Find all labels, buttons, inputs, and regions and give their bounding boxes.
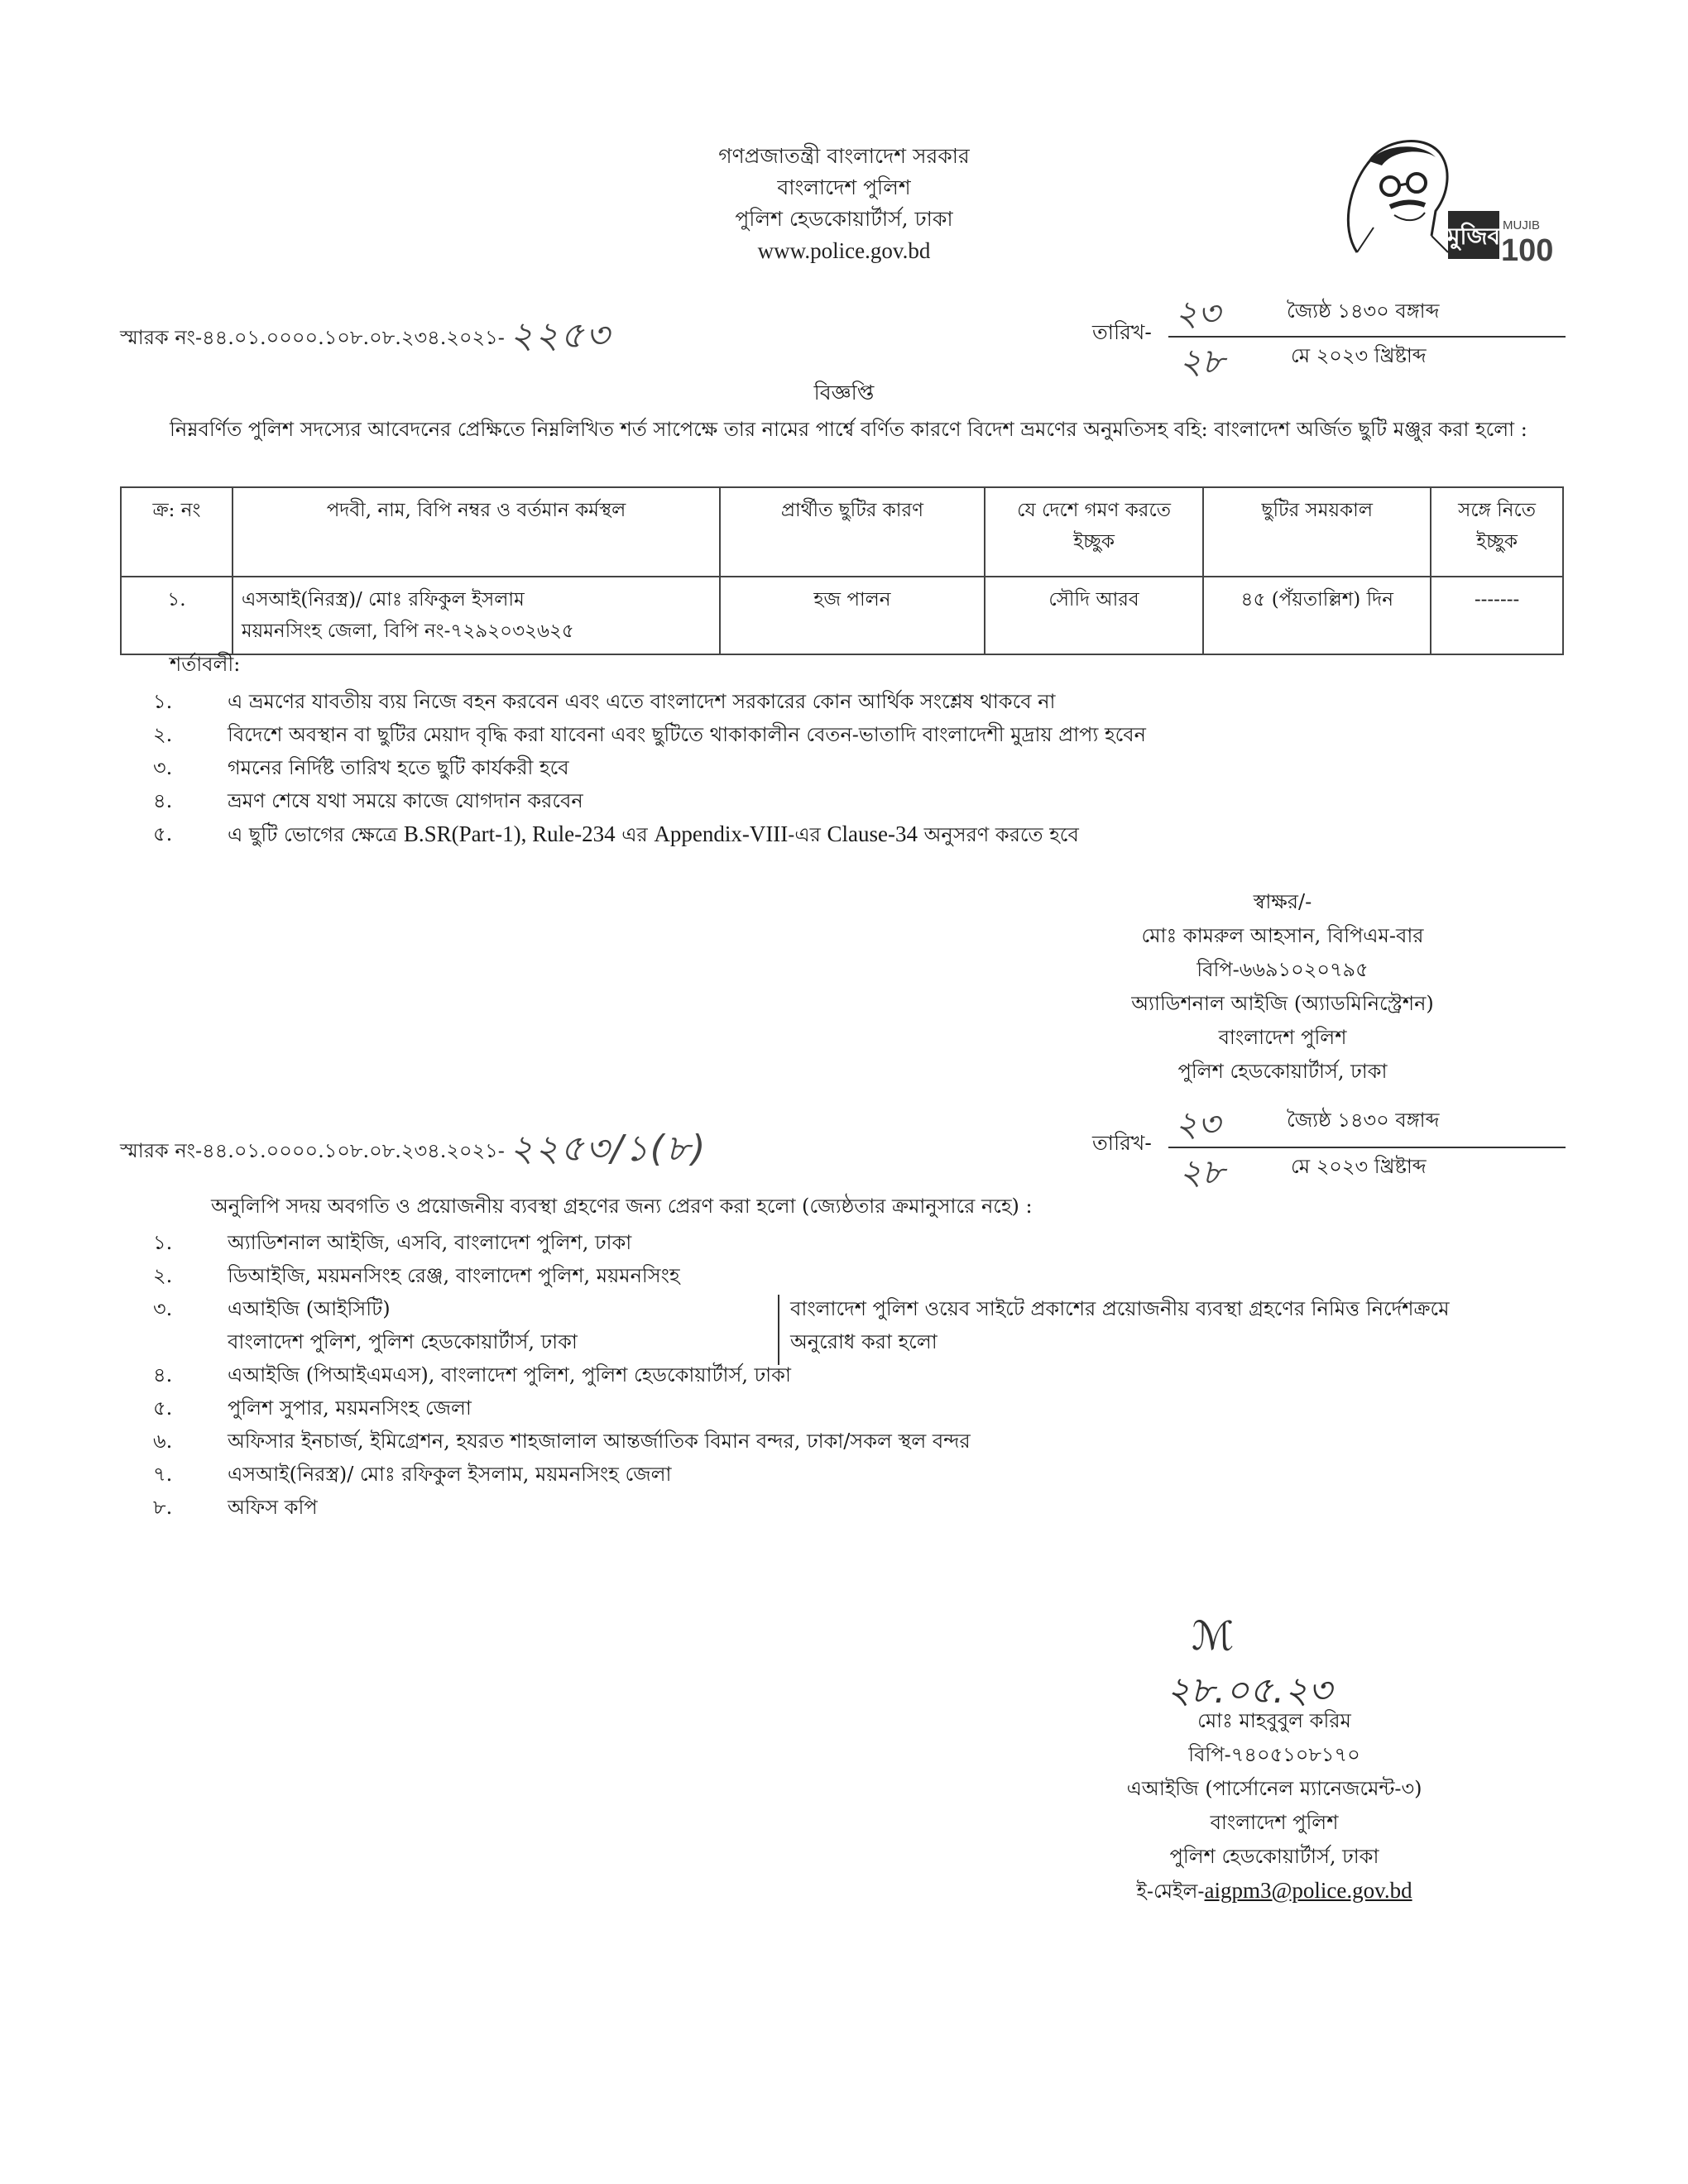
memo-number-2: স্মারক নং-৪৪.০১.০০০০.১০৮.০৮.২৩৪.২০২১-২২৫… — [120, 1121, 707, 1181]
signatory-designation: অ্যাডিশনাল আইজি (অ্যাডমিনিস্ট্রেশন) — [1051, 987, 1514, 1021]
date-en-text: মে ২০২৩ খ্রিষ্টাব্দ — [1291, 1152, 1427, 1185]
letterhead: গণপ্রজাতন্ত্রী বাংলাদেশ সরকার বাংলাদেশ প… — [579, 141, 1109, 266]
copy-item-note-line1: বাংলাদেশ পুলিশ ওয়েব সাইটে প্রকাশের প্রয… — [790, 1292, 1450, 1325]
copy-item: ৪.এআইজি (পিআইএমএস), বাংলাদেশ পুলিশ, পুলি… — [153, 1358, 1560, 1391]
table-header-row: ক্র: নং পদবী, নাম, বিপি নম্বর ও বর্তমান … — [121, 487, 1563, 577]
signatory-office: পুলিশ হেডকোয়ার্টার্স, ঢাকা — [1034, 1840, 1514, 1874]
col-reason: প্রার্থীত ছুটির কারণ — [720, 487, 985, 577]
condition-item: ৩.গমনের নির্দিষ্ট তারিখ হতে ছুটি কার্যকর… — [153, 751, 1560, 784]
leave-table: ক্র: নং পদবী, নাম, বিপি নম্বর ও বর্তমান … — [120, 486, 1564, 655]
email-link[interactable]: aigpm3@police.gov.bd — [1205, 1878, 1412, 1903]
date-label: তারিখ- — [1092, 1127, 1152, 1162]
signatory-name: মোঃ মাহবুবুল করিম — [1034, 1704, 1514, 1738]
memo-number-1: স্মারক নং-৪৪.০১.০০০০.১০৮.০৮.২৩৪.২০২১-২২৫… — [120, 308, 611, 368]
signatory-designation: এআইজি (পার্সোনেল ম্যানেজমেন্ট-৩) — [1034, 1772, 1514, 1806]
col-country: যে দেশে গমণ করতে ইচ্ছুক — [985, 487, 1204, 577]
date-en-text: মে ২০২৩ খ্রিষ্টাব্দ — [1291, 341, 1427, 374]
date-bn-text: জ্যৈষ্ঠ ১৪৩০ বঙ্গাব্দ — [1287, 1105, 1439, 1138]
memo-handwritten-number: ২২৫৩/১(৮) — [510, 1128, 707, 1170]
cell-companion: ------- — [1431, 577, 1563, 654]
date-block-1: তারিখ- ২৩ জ্যৈষ্ঠ ১৪৩০ বঙ্গাব্দ ২৮ মে ২০… — [1076, 290, 1572, 381]
cell-country: সৌদি আরব — [985, 577, 1204, 654]
copy-item: ৬.অফিসার ইনচার্জ, ইমিগ্রেশন, হযরত শাহজাল… — [153, 1425, 1560, 1458]
svg-text:MUJIB: MUJIB — [1503, 218, 1540, 232]
website-url: www.police.gov.bd — [579, 235, 1109, 266]
notice-title: বিজ্ঞপ্তি — [0, 376, 1688, 412]
copy-item: ৫.পুলিশ সুপার, ময়মনসিংহ জেলা — [153, 1391, 1560, 1425]
date-divider — [1168, 1147, 1566, 1148]
condition-item: ৪.ভ্রমণ শেষে যথা সময়ে কাজে যোগদান করবেন — [153, 784, 1560, 817]
svg-text:মুজিব: মুজিব — [1446, 222, 1502, 251]
conditions-list: ১.এ ভ্রমণের যাবতীয় ব্যয় নিজে বহন করবেন… — [153, 685, 1560, 850]
note-divider — [778, 1295, 779, 1365]
cell-name: এসআই(নিরস্ত্র)/ মোঃ রফিকুল ইসলাম ময়মনসি… — [233, 577, 720, 654]
signatory-bp: বিপি-৬৬৯১০২০৭৯৫ — [1051, 953, 1514, 987]
copy-item-continued: বাংলাদেশ পুলিশ, পুলিশ হেডকোয়ার্টার্স, ঢ… — [153, 1325, 1560, 1358]
date-divider — [1168, 336, 1566, 338]
cell-serial: ১. — [121, 577, 233, 654]
condition-item: ২.বিদেশে অবস্থান বা ছুটির মেয়াদ বৃদ্ধি … — [153, 718, 1560, 751]
copy-item: ২.ডিআইজি, ময়মনসিংহ রেঞ্জ, বাংলাদেশ পুলি… — [153, 1259, 1560, 1292]
cell-name-line2: ময়মনসিংহ জেলা, বিপি নং-৭২৯২০৩২৬২৫ — [242, 615, 711, 647]
date-label: তারিখ- — [1092, 316, 1152, 352]
copy-item: ৭.এসআই(নিরস্ত্র)/ মোঃ রফিকুল ইসলাম, ময়ম… — [153, 1458, 1560, 1491]
date-block-2: তারিখ- ২৩ জ্যৈষ্ঠ ১৪৩০ বঙ্গাব্দ ২৮ মে ২০… — [1076, 1100, 1572, 1191]
condition-item: ৫.এ ছুটি ভোগের ক্ষেত্রে B.SR(Part-1), Ru… — [153, 817, 1560, 850]
date-en-handwritten: ২৮ — [1179, 1145, 1225, 1204]
signatory-email-line: ই-মেইল-aigpm3@police.gov.bd — [1034, 1874, 1514, 1909]
signatory-block-2: মোঃ মাহবুবুল করিম বিপি-৭৪০৫১০৮১৭০ এআইজি … — [1034, 1704, 1514, 1909]
office-name: পুলিশ হেডকোয়ার্টার্স, ঢাকা — [579, 204, 1109, 235]
mujib-100-logo-icon: মুজিব MUJIB 100 — [1324, 128, 1556, 265]
conditions-title: শর্তাবলী: — [170, 649, 240, 682]
copy-item: ৮.অফিস কপি — [153, 1491, 1560, 1524]
col-serial: ক্র: নং — [121, 487, 233, 577]
signature-handwritten: ℳ — [1192, 1613, 1234, 1660]
copy-intro: অনুলিপি সদয় অবগতি ও প্রয়োজনীয় ব্যবস্থ… — [211, 1191, 1033, 1224]
govt-name: গণপ্রজাতন্ত্রী বাংলাদেশ সরকার — [579, 141, 1109, 172]
memo-label: স্মারক নং-৪৪.০১.০০০০.১০৮.০৮.২৩৪.২০২১- — [120, 1139, 505, 1162]
date-bn-text: জ্যৈষ্ঠ ১৪৩০ বঙ্গাব্দ — [1287, 296, 1439, 329]
cell-name-line1: এসআই(নিরস্ত্র)/ মোঃ রফিকুল ইসলাম — [242, 584, 711, 615]
col-companion: সঙ্গে নিতে ইচ্ছুক — [1431, 487, 1563, 577]
svg-text:100: 100 — [1501, 233, 1553, 265]
signatory-org: বাংলাদেশ পুলিশ — [1034, 1806, 1514, 1840]
signatory-bp: বিপি-৭৪০৫১০৮১৭০ — [1034, 1738, 1514, 1772]
copy-item: ১.অ্যাডিশনাল আইজি, এসবি, বাংলাদেশ পুলিশ,… — [153, 1226, 1560, 1259]
condition-item: ১.এ ভ্রমণের যাবতীয় ব্যয় নিজে বহন করবেন… — [153, 685, 1560, 718]
col-name: পদবী, নাম, বিপি নম্বর ও বর্তমান কর্মস্থল — [233, 487, 720, 577]
cell-duration: ৪৫ (পঁয়তাল্লিশ) দিন — [1203, 577, 1431, 654]
signatory-org: বাংলাদেশ পুলিশ — [1051, 1021, 1514, 1055]
signatory-block-1: স্বাক্ষর/- মোঃ কামরুল আহসান, বিপিএম-বার … — [1051, 885, 1514, 1089]
signatory-name: মোঃ কামরুল আহসান, বিপিএম-বার — [1051, 919, 1514, 953]
org-name: বাংলাদেশ পুলিশ — [579, 172, 1109, 204]
copy-item-note-line2: অনুরোধ করা হলো — [790, 1325, 938, 1358]
memo-label: স্মারক নং-৪৪.০১.০০০০.১০৮.০৮.২৩৪.২০২১- — [120, 326, 505, 349]
copy-list: ১.অ্যাডিশনাল আইজি, এসবি, বাংলাদেশ পুলিশ,… — [153, 1226, 1560, 1524]
col-duration: ছুটির সময়কাল — [1203, 487, 1431, 577]
signed-mark: স্বাক্ষর/- — [1051, 885, 1514, 919]
signatory-office: পুলিশ হেডকোয়ার্টার্স, ঢাকা — [1051, 1055, 1514, 1089]
table-row: ১. এসআই(নিরস্ত্র)/ মোঃ রফিকুল ইসলাম ময়ম… — [121, 577, 1563, 654]
memo-handwritten-number: ২২৫৩ — [510, 314, 611, 357]
copy-item: ৩.এআইজি (আইসিটি)বাংলাদেশ পুলিশ ওয়েব সাই… — [153, 1292, 1560, 1325]
notice-intro: নিম্নবর্ণিত পুলিশ সদস্যের আবেদনের প্রেক্… — [120, 412, 1560, 447]
cell-reason: হজ পালন — [720, 577, 985, 654]
